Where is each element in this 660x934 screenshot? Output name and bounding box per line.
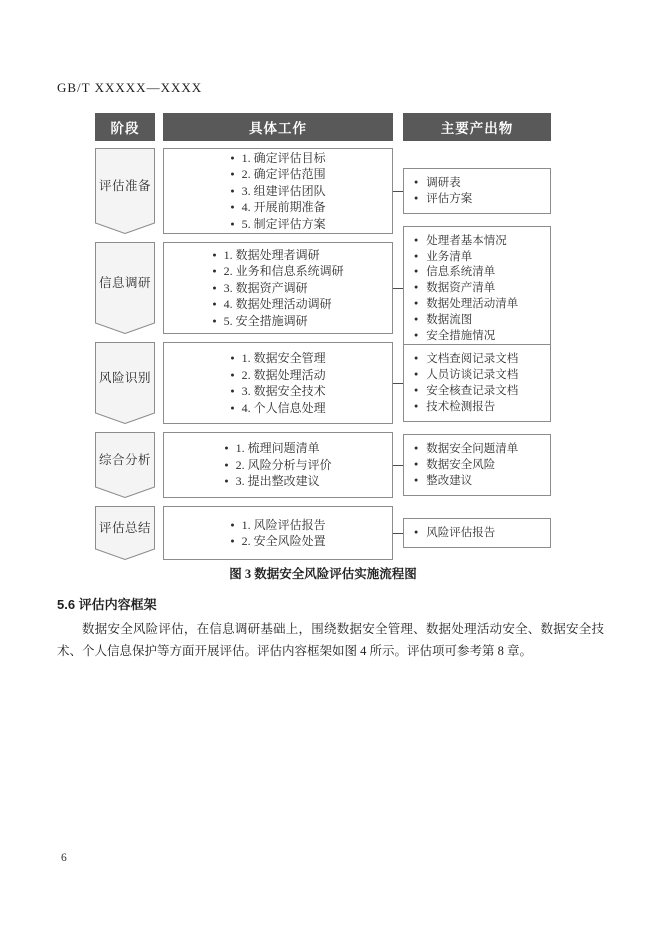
bullet-icon: ● xyxy=(414,249,418,264)
output-item-label: 技术检测报告 xyxy=(426,401,495,413)
output-item: ●数据安全问题清单 xyxy=(414,441,548,457)
bullet-icon: ● xyxy=(414,280,418,295)
output-item-label: 人员访谈记录文档 xyxy=(426,369,518,381)
work-item-label: 3. 组建评估团队 xyxy=(242,184,326,198)
output-item: ●数据流图 xyxy=(414,312,548,328)
work-item: ●2. 安全风险处置 xyxy=(230,533,325,550)
output-item-label: 数据处理活动清单 xyxy=(426,298,518,310)
bullet-icon: ● xyxy=(212,313,216,330)
column-gap xyxy=(155,148,163,234)
flowchart-row: 综合分析●1. 梳理问题清单●2. 风险分析与评价●3. 提出整改建议●数据安全… xyxy=(95,432,551,498)
phase-label: 信息调研 xyxy=(95,242,155,322)
output-item: ●信息系统清单 xyxy=(414,264,548,280)
bullet-icon: ● xyxy=(224,440,228,457)
flowchart-row: 信息调研●1. 数据处理者调研●2. 业务和信息系统调研●3. 数据资产调研●4… xyxy=(95,242,551,334)
output-item: ●风险评估报告 xyxy=(414,525,548,541)
phase-label: 综合分析 xyxy=(95,432,155,486)
bullet-icon: ● xyxy=(230,517,234,534)
connector-line xyxy=(393,465,403,466)
phase-cell: 综合分析 xyxy=(95,432,155,498)
work-item: ●1. 数据处理者调研 xyxy=(212,247,343,264)
bullet-icon: ● xyxy=(212,247,216,264)
header-gap xyxy=(393,113,403,141)
bullet-icon: ● xyxy=(230,367,234,384)
bullet-icon: ● xyxy=(230,150,234,167)
output-item: ●数据资产清单 xyxy=(414,280,548,296)
column-gap xyxy=(155,242,163,334)
output-item-label: 安全核查记录文档 xyxy=(426,385,518,397)
output-item: ●安全核查记录文档 xyxy=(414,383,548,399)
flowchart-row: 评估准备●1. 确定评估目标●2. 确定评估范围●3. 组建评估团队●4. 开展… xyxy=(95,148,551,234)
output-item-label: 业务清单 xyxy=(426,251,472,263)
work-item: ●4. 开展前期准备 xyxy=(230,199,325,216)
output-cell: ●处理者基本情况●业务清单●信息系统清单●数据资产清单●数据处理活动清单●数据流… xyxy=(403,242,551,334)
output-item-label: 文档查阅记录文档 xyxy=(426,353,518,365)
output-item-label: 数据流图 xyxy=(426,314,472,326)
work-item-label: 1. 确定评估目标 xyxy=(242,151,326,165)
output-item: ●技术检测报告 xyxy=(414,399,548,415)
bullet-icon: ● xyxy=(414,399,418,414)
work-item: ●5. 制定评估方案 xyxy=(230,216,325,233)
phase-cell: 信息调研 xyxy=(95,242,155,334)
work-item: ●3. 组建评估团队 xyxy=(230,183,325,200)
output-item: ●调研表 xyxy=(414,175,548,191)
flowchart-header-row: 阶段 具体工作 主要产出物 xyxy=(95,113,551,141)
output-item-label: 数据安全风险 xyxy=(426,459,495,471)
bullet-icon: ● xyxy=(414,328,418,343)
work-item: ●4. 个人信息处理 xyxy=(230,400,325,417)
work-item-label: 1. 数据安全管理 xyxy=(242,351,326,365)
work-box: ●1. 数据安全管理●2. 数据处理活动●3. 数据安全技术●4. 个人信息处理 xyxy=(163,342,393,424)
page-number: 6 xyxy=(61,852,67,864)
output-item-label: 数据安全问题清单 xyxy=(426,443,518,455)
bullet-icon: ● xyxy=(414,457,418,472)
output-item-label: 整改建议 xyxy=(426,475,472,487)
standard-code: GB/T XXXXX—XXXX xyxy=(57,80,202,96)
output-cell: ●调研表●评估方案 xyxy=(403,148,551,234)
phase-label: 评估总结 xyxy=(95,506,155,548)
work-box: ●1. 确定评估目标●2. 确定评估范围●3. 组建评估团队●4. 开展前期准备… xyxy=(163,148,393,234)
bullet-icon: ● xyxy=(414,367,418,382)
work-item: ●2. 数据处理活动 xyxy=(230,367,325,384)
bullet-icon: ● xyxy=(414,264,418,279)
output-item: ●评估方案 xyxy=(414,191,548,207)
output-item-label: 数据资产清单 xyxy=(426,282,495,294)
bullet-icon: ● xyxy=(414,175,418,190)
work-item-label: 3. 数据安全技术 xyxy=(242,384,326,398)
bullet-icon: ● xyxy=(212,296,216,313)
work-item: ●1. 确定评估目标 xyxy=(230,150,325,167)
work-item-label: 1. 数据处理者调研 xyxy=(224,248,320,262)
work-item-label: 2. 安全风险处置 xyxy=(242,534,326,548)
output-box: ●数据安全问题清单●数据安全风险●整改建议 xyxy=(403,434,551,495)
phase-label: 评估准备 xyxy=(95,148,155,222)
work-item-label: 5. 安全措施调研 xyxy=(224,314,308,328)
output-item: ●业务清单 xyxy=(414,249,548,265)
column-header-output: 主要产出物 xyxy=(403,113,551,141)
phase-cell: 评估准备 xyxy=(95,148,155,234)
output-box: ●调研表●评估方案 xyxy=(403,168,551,214)
column-gap xyxy=(155,506,163,560)
work-item: ●4. 数据处理活动调研 xyxy=(212,296,343,313)
work-item: ●1. 数据安全管理 xyxy=(230,350,325,367)
work-item-label: 4. 个人信息处理 xyxy=(242,401,326,415)
work-box: ●1. 梳理问题清单●2. 风险分析与评价●3. 提出整改建议 xyxy=(163,432,393,498)
column-header-work: 具体工作 xyxy=(163,113,393,141)
work-item: ●1. 梳理问题清单 xyxy=(224,440,331,457)
work-item-label: 2. 业务和信息系统调研 xyxy=(224,264,344,278)
work-item: ●3. 数据安全技术 xyxy=(230,383,325,400)
work-item: ●5. 安全措施调研 xyxy=(212,313,343,330)
body-paragraph: 数据安全风险评估，在信息调研基础上，围绕数据安全管理、数据处理活动安全、数据安全… xyxy=(57,618,604,662)
output-item: ●人员访谈记录文档 xyxy=(414,367,548,383)
work-item-label: 1. 梳理问题清单 xyxy=(236,441,320,455)
bullet-icon: ● xyxy=(414,441,418,456)
bullet-icon: ● xyxy=(414,191,418,206)
work-item: ●3. 提出整改建议 xyxy=(224,473,331,490)
output-cell: ●数据安全问题清单●数据安全风险●整改建议 xyxy=(403,432,551,498)
bullet-icon: ● xyxy=(230,199,234,216)
output-item: ●安全措施情况 xyxy=(414,328,548,344)
work-box: ●1. 风险评估报告●2. 安全风险处置 xyxy=(163,506,393,560)
work-item-label: 4. 开展前期准备 xyxy=(242,200,326,214)
bullet-icon: ● xyxy=(212,263,216,280)
work-item-label: 4. 数据处理活动调研 xyxy=(224,297,332,311)
work-item: ●2. 业务和信息系统调研 xyxy=(212,263,343,280)
connector-line xyxy=(393,288,403,289)
bullet-icon: ● xyxy=(414,312,418,327)
work-item-label: 3. 提出整改建议 xyxy=(236,474,320,488)
flowchart-row: 评估总结●1. 风险评估报告●2. 安全风险处置●风险评估报告 xyxy=(95,506,551,560)
output-item-label: 信息系统清单 xyxy=(426,266,495,278)
flowchart-row: 风险识别●1. 数据安全管理●2. 数据处理活动●3. 数据安全技术●4. 个人… xyxy=(95,342,551,424)
output-item-label: 评估方案 xyxy=(426,193,472,205)
bullet-icon: ● xyxy=(230,183,234,200)
bullet-icon: ● xyxy=(414,525,418,540)
output-cell: ●风险评估报告 xyxy=(403,506,551,560)
bullet-icon: ● xyxy=(414,233,418,248)
output-item: ●整改建议 xyxy=(414,473,548,489)
column-header-phase: 阶段 xyxy=(95,113,155,141)
bullet-icon: ● xyxy=(230,533,234,550)
output-item-label: 风险评估报告 xyxy=(426,527,495,539)
document-page: GB/T XXXXX—XXXX 阶段 具体工作 主要产出物 评估准备●1. 确定… xyxy=(0,0,660,934)
output-box: ●处理者基本情况●业务清单●信息系统清单●数据资产清单●数据处理活动清单●数据流… xyxy=(403,226,551,351)
phase-label: 风险识别 xyxy=(95,342,155,412)
phase-cell: 评估总结 xyxy=(95,506,155,560)
work-item-label: 1. 风险评估报告 xyxy=(242,518,326,532)
bullet-icon: ● xyxy=(224,473,228,490)
work-item-label: 5. 制定评估方案 xyxy=(242,217,326,231)
work-item-label: 2. 数据处理活动 xyxy=(242,368,326,382)
section-heading: 5.6 评估内容框架 xyxy=(57,594,157,613)
output-cell: ●文档查阅记录文档●人员访谈记录文档●安全核查记录文档●技术检测报告 xyxy=(403,342,551,424)
bullet-icon: ● xyxy=(230,383,234,400)
bullet-icon: ● xyxy=(230,216,234,233)
work-item-label: 2. 确定评估范围 xyxy=(242,167,326,181)
output-item: ●文档查阅记录文档 xyxy=(414,351,548,367)
output-item: ●处理者基本情况 xyxy=(414,233,548,249)
output-item: ●数据安全风险 xyxy=(414,457,548,473)
bullet-icon: ● xyxy=(212,280,216,297)
work-item-list: ●1. 风险评估报告●2. 安全风险处置 xyxy=(230,517,325,550)
phase-cell: 风险识别 xyxy=(95,342,155,424)
bullet-icon: ● xyxy=(230,350,234,367)
work-item: ●2. 确定评估范围 xyxy=(230,166,325,183)
output-item-label: 调研表 xyxy=(426,177,461,189)
flowchart-rows: 评估准备●1. 确定评估目标●2. 确定评估范围●3. 组建评估团队●4. 开展… xyxy=(95,148,551,560)
work-item: ●3. 数据资产调研 xyxy=(212,280,343,297)
bullet-icon: ● xyxy=(414,473,418,488)
output-item-label: 处理者基本情况 xyxy=(426,235,507,247)
bullet-icon: ● xyxy=(414,296,418,311)
bullet-icon: ● xyxy=(224,457,228,474)
process-flowchart: 阶段 具体工作 主要产出物 评估准备●1. 确定评估目标●2. 确定评估范围●3… xyxy=(95,113,551,568)
figure-caption: 图 3 数据安全风险评估实施流程图 xyxy=(95,564,551,582)
column-gap xyxy=(155,432,163,498)
header-gap xyxy=(155,113,163,141)
column-gap xyxy=(155,342,163,424)
output-box: ●文档查阅记录文档●人员访谈记录文档●安全核查记录文档●技术检测报告 xyxy=(403,344,551,421)
work-item-list: ●1. 数据安全管理●2. 数据处理活动●3. 数据安全技术●4. 个人信息处理 xyxy=(230,350,325,416)
connector-line xyxy=(393,533,403,534)
bullet-icon: ● xyxy=(414,351,418,366)
connector-line xyxy=(393,383,403,384)
output-box: ●风险评估报告 xyxy=(403,518,551,548)
bullet-icon: ● xyxy=(414,383,418,398)
output-item: ●数据处理活动清单 xyxy=(414,296,548,312)
connector-line xyxy=(393,191,403,192)
bullet-icon: ● xyxy=(230,400,234,417)
work-item-list: ●1. 梳理问题清单●2. 风险分析与评价●3. 提出整改建议 xyxy=(224,440,331,490)
work-item-label: 2. 风险分析与评价 xyxy=(236,458,332,472)
work-item-label: 3. 数据资产调研 xyxy=(224,281,308,295)
work-box: ●1. 数据处理者调研●2. 业务和信息系统调研●3. 数据资产调研●4. 数据… xyxy=(163,242,393,334)
work-item: ●2. 风险分析与评价 xyxy=(224,457,331,474)
bullet-icon: ● xyxy=(230,166,234,183)
work-item-list: ●1. 数据处理者调研●2. 业务和信息系统调研●3. 数据资产调研●4. 数据… xyxy=(212,247,343,330)
output-item-label: 安全措施情况 xyxy=(426,330,495,342)
work-item: ●1. 风险评估报告 xyxy=(230,517,325,534)
work-item-list: ●1. 确定评估目标●2. 确定评估范围●3. 组建评估团队●4. 开展前期准备… xyxy=(230,150,325,233)
